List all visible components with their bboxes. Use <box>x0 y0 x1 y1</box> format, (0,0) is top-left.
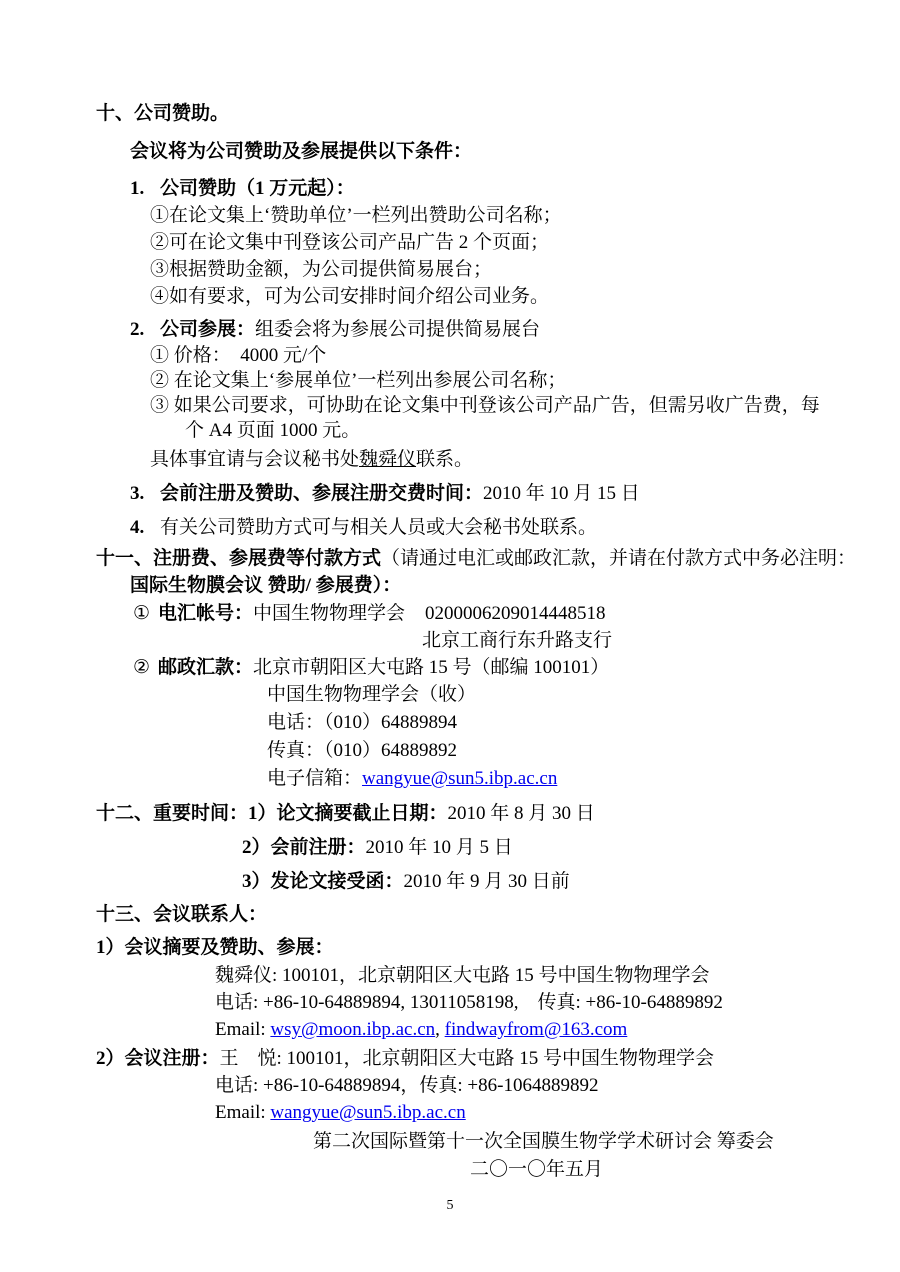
contact2-email-label: Email: <box>215 1102 270 1123</box>
contact2-email-line: Email: wangyue@sun5.ibp.ac.cn <box>0 1099 900 1126</box>
email-link-wangyue-2[interactable]: wangyue@sun5.ibp.ac.cn <box>270 1102 465 1123</box>
deadline-3-label: 3）发论文接受函： <box>242 871 404 892</box>
postal-tel-label: 电话： <box>267 712 324 733</box>
item-3-label: 会前注册及赞助、参展注册交费时间： <box>160 483 483 504</box>
contact2-phone-line: 电话: +86-10-64889894，传真: +86-1064889892 <box>0 1072 900 1099</box>
secretary-contact-prefix: 具体事宜请与会议秘书处 <box>150 449 359 470</box>
email-link-wangyue[interactable]: wangyue@sun5.ibp.ac.cn <box>362 768 557 789</box>
circled-2-marker: ② <box>133 654 158 681</box>
postal-remittance-address: 北京市朝阳区大屯路 15 号（邮编 100101） <box>253 657 609 678</box>
contact-group-1-heading: 1）会议摘要及赞助、参展： <box>0 934 900 961</box>
postal-remittance-row: ②邮政汇款：北京市朝阳区大屯路 15 号（邮编 100101） <box>0 654 900 681</box>
item-3-date: 2010 年 10 月 15 日 <box>483 483 640 504</box>
section-11-heading-line2: 国际生物膜会议 赞助/ 参展费）： <box>0 572 900 599</box>
email-link-findwayfrom[interactable]: findwayfrom@163.com <box>445 1019 628 1040</box>
exhibit-point-3-wrap: 个 A4 页面 1000 元。 <box>0 418 900 443</box>
section-11-note: （请通过电汇或邮政汇款，并请在付款方式中务必注明： <box>381 548 856 569</box>
section-10-heading: 十、公司赞助。 <box>0 100 900 127</box>
section-13-heading: 十三、会议联系人： <box>0 901 900 928</box>
contact1-phone-line: 电话: +86-10-64889894, 13011058198, 传真: +8… <box>0 989 900 1016</box>
item-1-title: 公司赞助（1 万元起）： <box>160 178 355 199</box>
item-4-text: 有关公司赞助方式可与相关人员或大会秘书处联系。 <box>160 517 597 538</box>
wire-transfer-label: 电汇帐号： <box>158 603 253 624</box>
sponsor-item-1-row: 1.公司赞助（1 万元起）： <box>0 175 900 202</box>
contact2-address: 王 悦: 100101，北京朝阳区大屯路 15 号中国生物物理学会 <box>220 1048 715 1069</box>
deadline-3-row: 3）发论文接受函：2010 年 9 月 30 日前 <box>0 868 900 895</box>
postal-recipient-line: 中国生物物理学会（收） <box>0 681 900 709</box>
exhibit-point-1: ① 价格： 4000 元/个 <box>0 343 900 368</box>
postal-email-line: 电子信箱：wangyue@sun5.ibp.ac.cn <box>0 765 900 793</box>
sponsor-benefit-1: ①在论文集上‘赞助单位’一栏列出赞助公司名称； <box>0 202 900 229</box>
postal-tel-line: 电话：（010）64889894 <box>0 709 900 737</box>
deadline-2-row: 2）会前注册：2010 年 10 月 5 日 <box>0 834 900 861</box>
footer-date-line: 二〇一〇年五月 <box>0 1156 900 1183</box>
email-link-wsy[interactable]: wsy@moon.ibp.ac.cn <box>270 1019 435 1040</box>
circled-1-marker: ① <box>133 600 158 627</box>
sponsor-note-row: 4.有关公司赞助方式可与相关人员或大会秘书处联系。 <box>0 514 900 541</box>
postal-remittance-label: 邮政汇款： <box>158 657 253 678</box>
deadline-2-label: 2）会前注册： <box>242 837 366 858</box>
item-2-description: 组委会将为参展公司提供简易展台 <box>255 319 540 340</box>
contact1-email-separator: , <box>435 1019 445 1040</box>
item-1-number: 1. <box>130 175 160 202</box>
postal-tel-number: （010）64889894 <box>324 712 457 733</box>
contact-group-2-row: 2）会议注册：王 悦: 100101，北京朝阳区大屯路 15 号中国生物物理学会 <box>0 1045 900 1072</box>
contact1-address-line: 魏舜仪: 100101，北京朝阳区大屯路 15 号中国生物物理学会 <box>0 962 900 989</box>
section-11-title: 十一、注册费、参展费等付款方式 <box>96 548 381 569</box>
section-12-heading-row: 十二、重要时间：1）论文摘要截止日期：2010 年 8 月 30 日 <box>0 800 900 827</box>
contact1-email-label: Email: <box>215 1019 270 1040</box>
postal-fax-label: 传真： <box>267 740 324 761</box>
section-10-intro: 会议将为公司赞助及参展提供以下条件： <box>0 138 900 165</box>
footer-committee-line: 第二次国际暨第十一次全国膜生物学学术研讨会 筹委会 <box>0 1128 900 1155</box>
sponsor-benefit-2: ②可在论文集中刊登该公司产品广告 2 个页面； <box>0 229 900 256</box>
wire-transfer-row: ①电汇帐号：中国生物物理学会0200006209014448518 <box>0 600 900 627</box>
exhibit-point-2: ② 在论文集上‘参展单位’一栏列出参展公司名称； <box>0 368 900 393</box>
wire-transfer-bank-line: 北京工商行东升路支行 <box>0 627 900 654</box>
section-11-heading: 十一、注册费、参展费等付款方式（请通过电汇或邮政汇款，并请在付款方式中务必注明： <box>0 545 900 572</box>
contact1-email-line: Email: wsy@moon.ibp.ac.cn, findwayfrom@1… <box>0 1016 900 1043</box>
postal-email-label: 电子信箱： <box>267 768 362 789</box>
item-2-title: 公司参展： <box>160 319 255 340</box>
deadline-1-date: 2010 年 8 月 30 日 <box>448 803 595 824</box>
document-page: 十、公司赞助。 会议将为公司赞助及参展提供以下条件： 1.公司赞助（1 万元起）… <box>0 0 900 1272</box>
secretary-contact-line: 具体事宜请与会议秘书处魏舜仪联系。 <box>0 446 900 473</box>
sponsor-benefit-4: ④如有要求，可为公司安排时间介绍公司业务。 <box>0 283 900 310</box>
section-12-title: 十二、重要时间： <box>96 803 248 824</box>
item-2-number: 2. <box>130 316 160 343</box>
deadline-3-date: 2010 年 9 月 30 日前 <box>404 871 570 892</box>
contact-person-name: 魏舜仪 <box>359 449 416 470</box>
wire-transfer-org: 中国生物物理学会 <box>253 603 405 624</box>
exhibit-point-3: ③ 如果公司要求，可协助在论文集中刊登该公司产品广告，但需另收广告费，每 <box>0 393 900 418</box>
payment-deadline-row: 3.会前注册及赞助、参展注册交费时间：2010 年 10 月 15 日 <box>0 480 900 507</box>
postal-fax-line: 传真：（010）64889892 <box>0 737 900 765</box>
item-3-number: 3. <box>130 480 160 507</box>
exhibit-item-2-row: 2.公司参展：组委会将为参展公司提供简易展台 <box>0 316 900 343</box>
deadline-2-date: 2010 年 10 月 5 日 <box>366 837 513 858</box>
postal-fax-number: （010）64889892 <box>324 740 457 761</box>
secretary-contact-suffix: 联系。 <box>416 449 473 470</box>
item-4-number: 4. <box>130 514 160 541</box>
sponsor-benefit-3: ③根据赞助金额，为公司提供简易展台； <box>0 256 900 283</box>
wire-transfer-account-number: 0200006209014448518 <box>425 603 606 624</box>
deadline-1-label: 1）论文摘要截止日期： <box>248 803 448 824</box>
page-number: 5 <box>0 1196 900 1216</box>
contact-group-2-heading: 2）会议注册： <box>96 1048 220 1069</box>
